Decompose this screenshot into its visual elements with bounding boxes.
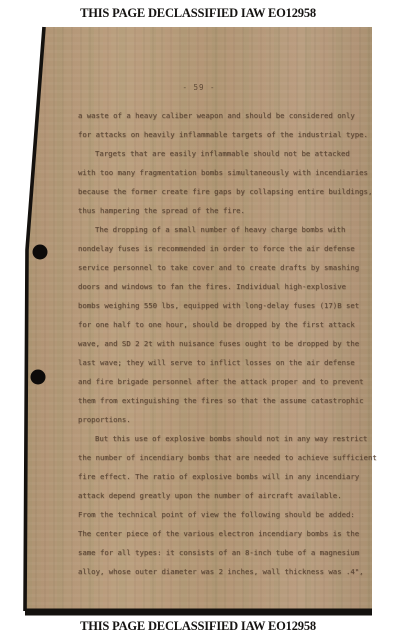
text-line: fire effect. The ratio of explosive bomb… bbox=[78, 467, 374, 486]
text-line: last wave; they will serve to inflict lo… bbox=[78, 353, 374, 372]
text-line: bombs weighing 550 lbs, equipped with lo… bbox=[78, 296, 374, 315]
text-line: The center piece of the various electron… bbox=[78, 524, 374, 543]
text-line: From the technical point of view the fol… bbox=[78, 505, 374, 524]
text-line: with too many fragmentation bombs simult… bbox=[78, 163, 374, 182]
text-line: nondelay fuses is recommended in order t… bbox=[78, 239, 374, 258]
text-line: because the former create fire gaps by c… bbox=[78, 182, 374, 201]
declassified-banner-bottom: THIS PAGE DECLASSIFIED IAW EO12958 bbox=[0, 619, 396, 634]
text-line: proportions. bbox=[78, 410, 374, 429]
page-number: - 59 - bbox=[26, 83, 372, 92]
text-line: and fire brigade personnel after the att… bbox=[78, 372, 374, 391]
text-line: for one half to one hour, should be drop… bbox=[78, 315, 374, 334]
text-line: The dropping of a small number of heavy … bbox=[78, 220, 374, 239]
text-line: But this use of explosive bombs should n… bbox=[78, 429, 374, 448]
text-line: Targets that are easily inflammable shou… bbox=[78, 144, 374, 163]
text-line: for attacks on heavily inflammable targe… bbox=[78, 125, 374, 144]
declassified-banner-top: THIS PAGE DECLASSIFIED IAW EO12958 bbox=[0, 6, 396, 21]
text-line: doors and windows to fan the fires. Indi… bbox=[78, 277, 374, 296]
text-line: the number of incendiary bombs that are … bbox=[78, 448, 374, 467]
declassified-document-page: { "top_banner": "THIS PAGE DECLASSIFIED … bbox=[0, 0, 396, 640]
text-line: attack depend greatly upon the number of… bbox=[78, 486, 374, 505]
typewritten-text: a waste of a heavy caliber weapon and sh… bbox=[78, 106, 374, 581]
text-line: a waste of a heavy caliber weapon and sh… bbox=[78, 106, 374, 125]
text-line: alloy, whose outer diameter was 2 inches… bbox=[78, 562, 374, 581]
text-line: wave, and SD 2 2t with nuisance fuses ou… bbox=[78, 334, 374, 353]
text-line: service personnel to take cover and to c… bbox=[78, 258, 374, 277]
text-line: them from extinguishing the fires so tha… bbox=[78, 391, 374, 410]
text-line: same for all types: it consists of an 8-… bbox=[78, 543, 374, 562]
text-line: thus hampering the spread of the fire. bbox=[78, 201, 374, 220]
